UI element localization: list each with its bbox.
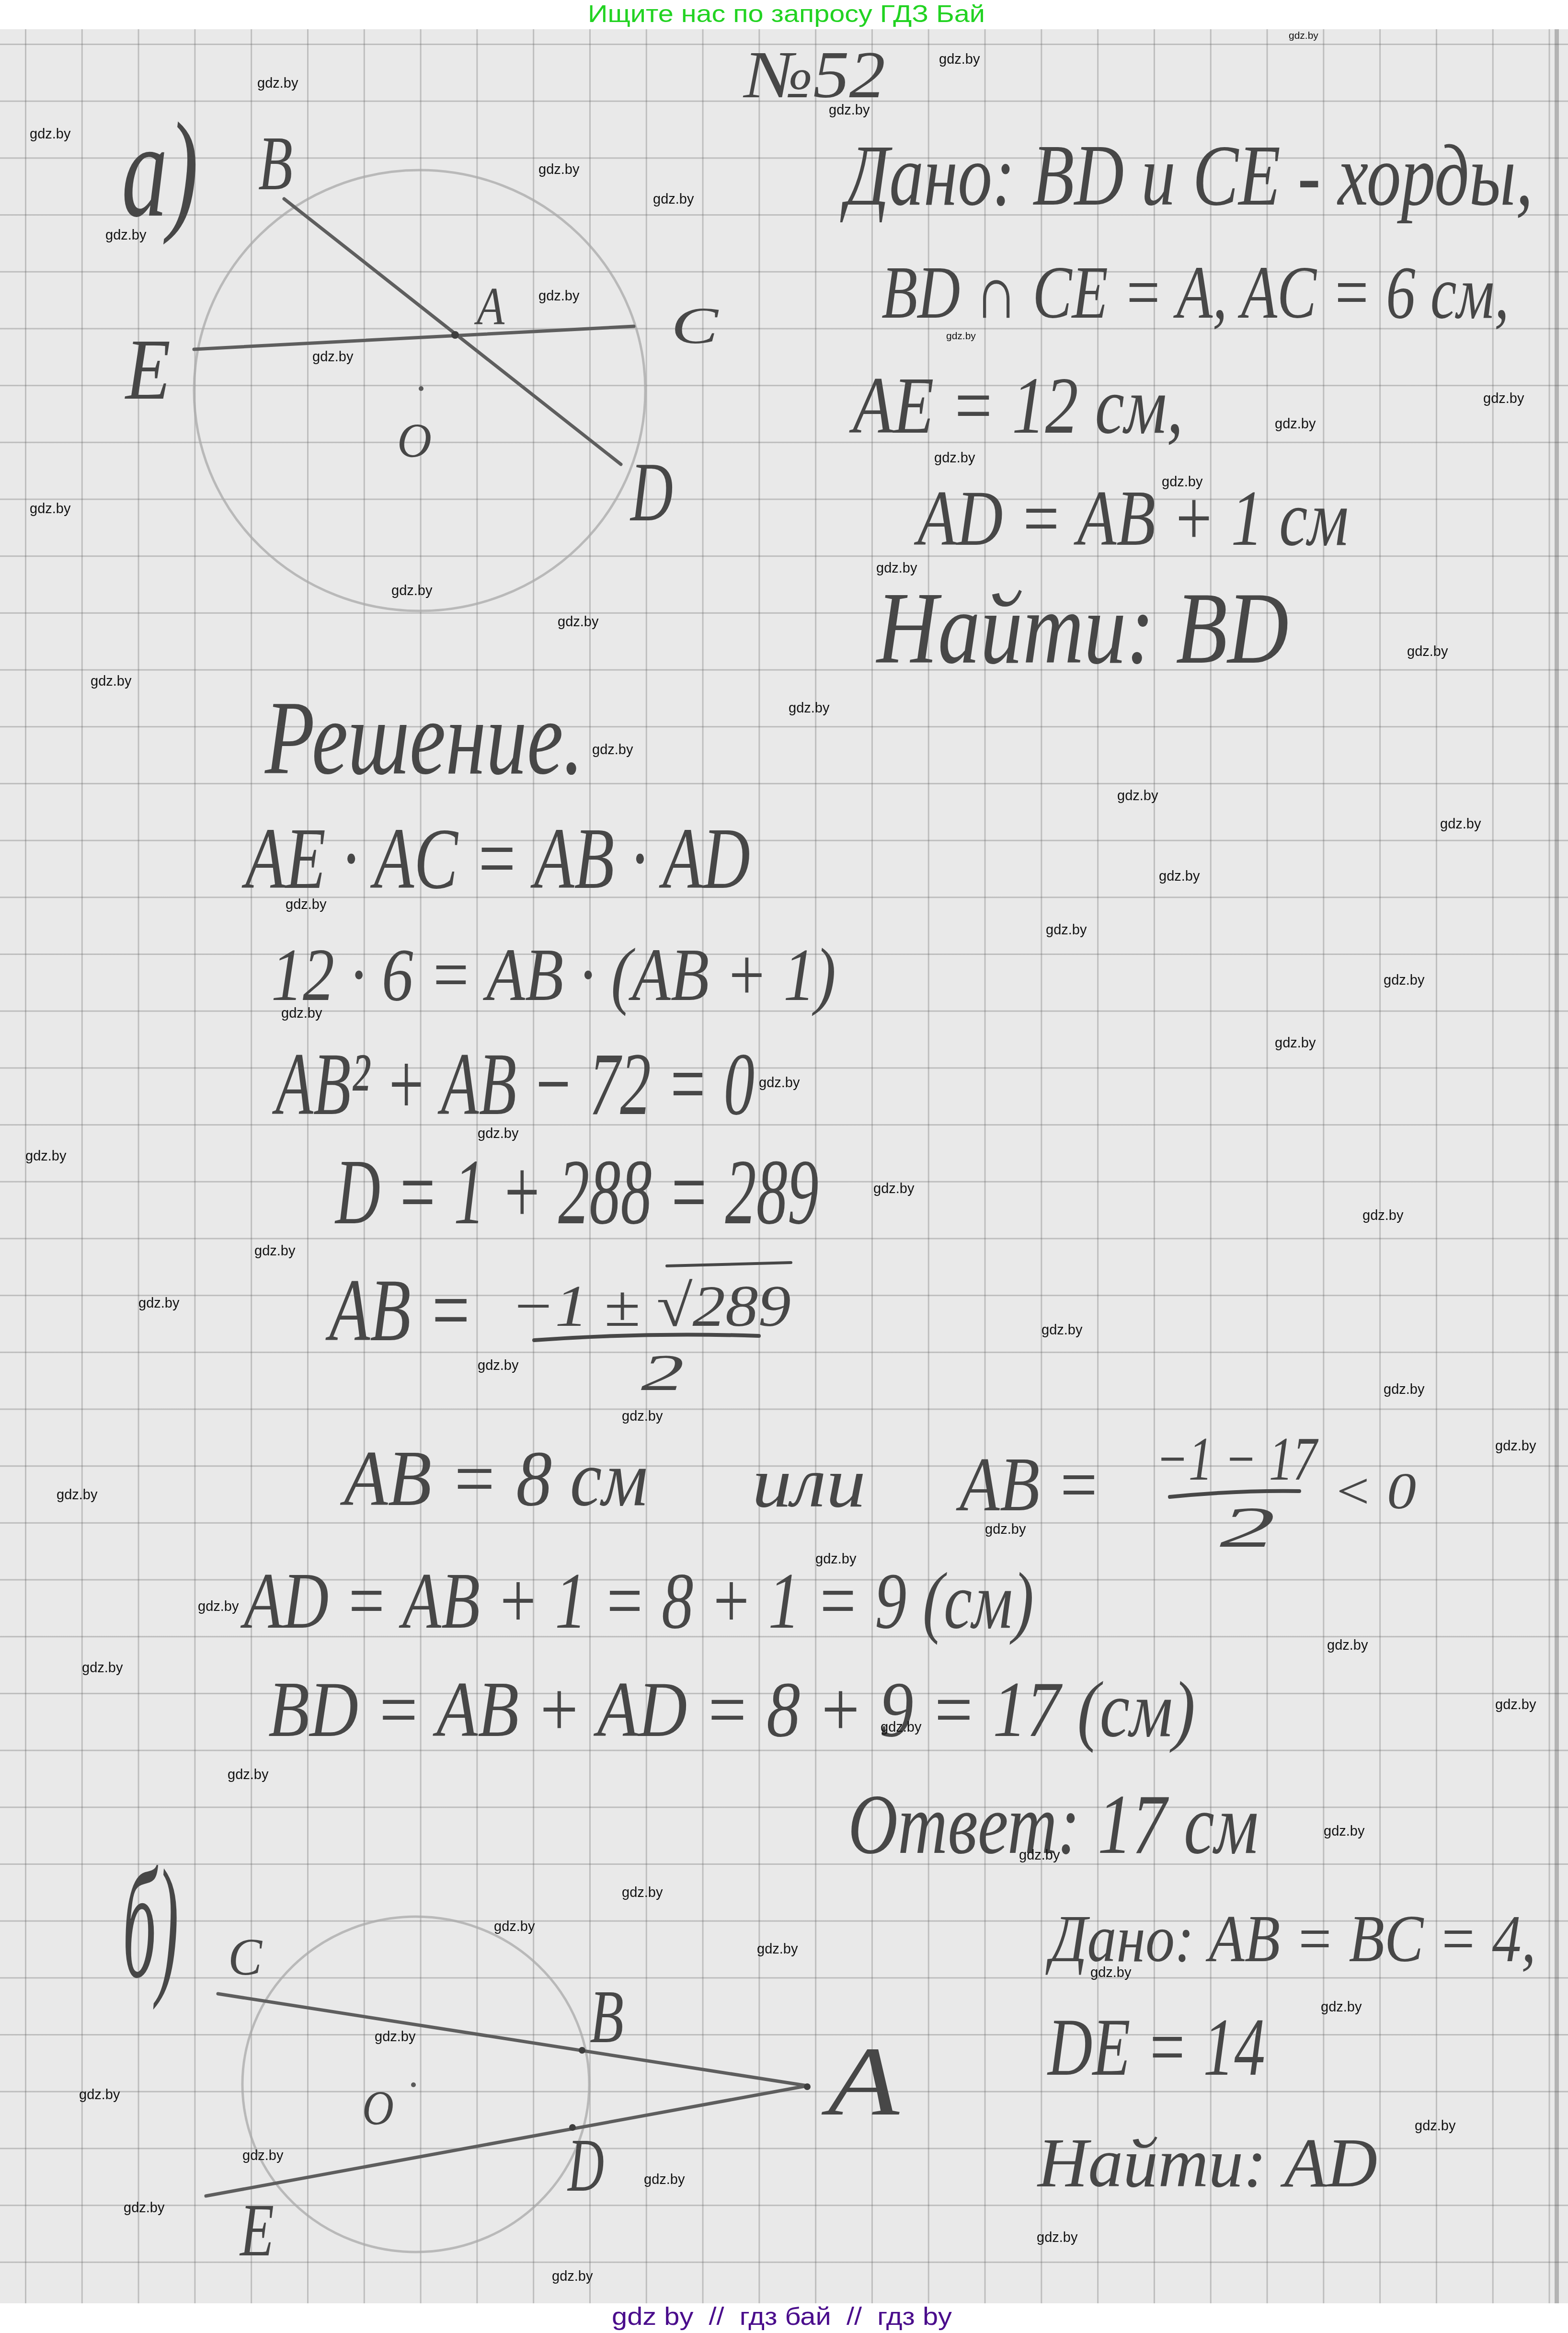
root-2-lhs: AB = bbox=[960, 1452, 1100, 1517]
solution-step-bd: BD = AB + AD = 8 + 9 = 17 (см) bbox=[268, 1677, 1195, 1743]
given-b-line-2: DE = 14 bbox=[1048, 2013, 1265, 2082]
solution-step-ad: AD = AB + 1 = 8 + 1 = 9 (см) bbox=[244, 1567, 1034, 1634]
solution-step-3: AB² + AB − 72 = 0 bbox=[275, 1047, 755, 1122]
watermark: gdz.by bbox=[881, 1720, 921, 1735]
root-2-denominator: 2 bbox=[1220, 1504, 1275, 1552]
find-a: Найти: BD bbox=[877, 586, 1289, 671]
figure-a-label-o: O bbox=[397, 421, 432, 461]
watermark: gdz.by bbox=[985, 1522, 1026, 1537]
watermark: gdz.by bbox=[1321, 2000, 1362, 2014]
watermark: gdz.by bbox=[1495, 1698, 1536, 1712]
watermark: gdz.by bbox=[1042, 1323, 1082, 1337]
figure-b-label-c: C bbox=[228, 1935, 262, 1979]
watermark: gdz.by bbox=[312, 350, 353, 364]
watermark: gdz.by bbox=[198, 1599, 239, 1614]
figure-b-label-e: E bbox=[240, 2199, 274, 2262]
roots-denominator: 2 bbox=[641, 1352, 684, 1395]
watermark: gdz.by bbox=[622, 1409, 663, 1424]
watermark: gdz.by bbox=[375, 2030, 415, 2044]
watermark: gdz.by bbox=[1117, 789, 1158, 803]
solution-title: Решение. bbox=[265, 694, 584, 782]
watermark: gdz.by bbox=[1384, 973, 1424, 988]
page-margin-line bbox=[1555, 29, 1559, 2303]
watermark: gdz.by bbox=[281, 1006, 322, 1021]
watermark: gdz.by bbox=[939, 52, 980, 67]
watermark: gdz.by bbox=[1327, 1638, 1368, 1653]
root-1: AB = 8 см bbox=[344, 1446, 648, 1512]
roots-numerator: −1 ± √289 bbox=[511, 1281, 791, 1331]
given-b-line-1: Дано: AB = BC = 4, bbox=[1050, 1911, 1536, 1967]
watermark: gdz.by bbox=[815, 1552, 856, 1566]
watermark: gdz.by bbox=[105, 228, 146, 242]
figure-a-label-c: C bbox=[671, 305, 718, 348]
watermark: gdz.by bbox=[1407, 644, 1448, 659]
watermark: gdz.by bbox=[257, 76, 298, 91]
watermark: gdz.by bbox=[478, 1126, 518, 1141]
watermark: gdz.by bbox=[759, 1076, 800, 1090]
part-b-label: б) bbox=[123, 1860, 179, 1989]
watermark: gdz.by bbox=[138, 1296, 179, 1310]
watermark: gdz.by bbox=[538, 162, 579, 177]
watermark: gdz.by bbox=[1019, 1848, 1060, 1862]
top-banner: Ищите нас по запросу ГДЗ Бай bbox=[0, 0, 1568, 29]
watermark: gdz.by bbox=[934, 451, 975, 465]
watermark: gdz.by bbox=[1362, 1208, 1403, 1223]
watermark: gdz.by bbox=[876, 561, 917, 575]
watermark: gdz.by bbox=[1159, 869, 1200, 884]
watermark: gdz.by bbox=[653, 192, 694, 207]
watermark: gdz.by bbox=[1483, 391, 1524, 406]
watermark: gdz.by bbox=[286, 897, 326, 912]
watermark: gdz.by bbox=[873, 1182, 914, 1196]
find-b: Найти: AD bbox=[1038, 2135, 1377, 2193]
watermark: gdz.by bbox=[30, 502, 70, 516]
watermark: gdz.by bbox=[242, 2149, 283, 2163]
figure-a-label-d: D bbox=[630, 457, 673, 528]
watermark: gdz.by bbox=[558, 615, 598, 629]
root-2-sign: < 0 bbox=[1333, 1470, 1416, 1513]
watermark: gdz.by bbox=[757, 1942, 798, 1956]
figure-a-label-a: A bbox=[477, 285, 504, 329]
solution-step-1: AE · AC = AB · AD bbox=[245, 822, 750, 895]
watermark: gdz.by bbox=[82, 1661, 123, 1675]
watermark: gdz.by bbox=[25, 1149, 66, 1163]
watermark: gdz.by bbox=[91, 674, 131, 689]
figure-a-label-e: E bbox=[126, 334, 171, 406]
watermark: gdz.by bbox=[1046, 923, 1087, 937]
watermark: gdz.by bbox=[1162, 475, 1202, 489]
figure-a-label-b: B bbox=[258, 131, 293, 196]
watermark: gdz.by bbox=[1275, 1036, 1316, 1050]
root-2-numerator: −1 − 17 bbox=[1156, 1434, 1317, 1485]
watermark: gdz.by bbox=[1037, 2230, 1077, 2245]
watermark: gdz.by bbox=[391, 584, 432, 598]
watermark: gdz.by bbox=[1090, 1965, 1131, 1980]
roots-lhs: AB = bbox=[329, 1273, 473, 1348]
watermark: gdz.by bbox=[946, 331, 976, 342]
watermark: gdz.by bbox=[789, 701, 829, 715]
part-a-label: а) bbox=[122, 114, 198, 227]
watermark: gdz.by bbox=[124, 2201, 164, 2215]
problem-number: №52 bbox=[745, 47, 885, 103]
watermark: gdz.by bbox=[552, 2269, 593, 2284]
watermark: gdz.by bbox=[1495, 1439, 1536, 1453]
watermark: gdz.by bbox=[1289, 31, 1318, 41]
figure-b-label-b: B bbox=[590, 1985, 624, 2048]
given-a-line-4: AD = AB + 1 см bbox=[917, 485, 1349, 551]
banner-text: Ищите нас по запросу ГДЗ Бай bbox=[588, 0, 985, 28]
watermark: gdz.by bbox=[79, 2088, 120, 2102]
watermark: gdz.by bbox=[829, 103, 870, 117]
watermark: gdz.by bbox=[57, 1488, 97, 1502]
watermark: gdz.by bbox=[538, 289, 579, 303]
watermark: gdz.by bbox=[478, 1358, 518, 1373]
given-a-line-2: BD ∩ CE = A, AC = 6 см, bbox=[881, 262, 1509, 324]
watermark: gdz.by bbox=[1440, 817, 1481, 831]
watermark: gdz.by bbox=[592, 743, 633, 757]
watermark: gdz.by bbox=[494, 1919, 535, 1934]
solution-step-2: 12 · 6 = AB · (AB + 1) bbox=[271, 944, 836, 1006]
figure-b-label-a: A bbox=[828, 2041, 899, 2123]
figure-b-label-d: D bbox=[568, 2133, 604, 2197]
solution-step-discriminant: D = 1 + 288 = 289 bbox=[335, 1153, 819, 1231]
watermark: gdz.by bbox=[644, 2172, 685, 2187]
watermark: gdz.by bbox=[622, 1885, 663, 1900]
watermark: gdz.by bbox=[1415, 2119, 1455, 2133]
watermark: gdz.by bbox=[30, 127, 70, 141]
watermark: gdz.by bbox=[1384, 1382, 1424, 1397]
watermark: gdz.by bbox=[254, 1244, 295, 1258]
watermark: gdz.by bbox=[1324, 1824, 1364, 1839]
figure-b-label-o: O bbox=[362, 2088, 394, 2128]
footer-text: gdz by // гдз бай // гдз by bbox=[612, 2303, 952, 2330]
roots-or: или bbox=[752, 1453, 866, 1513]
given-a-line-1: Дано: BD и CE - хорды, bbox=[846, 140, 1533, 212]
given-a-line-3: AE = 12 см, bbox=[853, 371, 1183, 439]
bottom-footer: gdz by // гдз бай // гдз by bbox=[0, 2303, 1568, 2333]
watermark: gdz.by bbox=[1275, 417, 1316, 431]
watermark: gdz.by bbox=[228, 1768, 268, 1782]
